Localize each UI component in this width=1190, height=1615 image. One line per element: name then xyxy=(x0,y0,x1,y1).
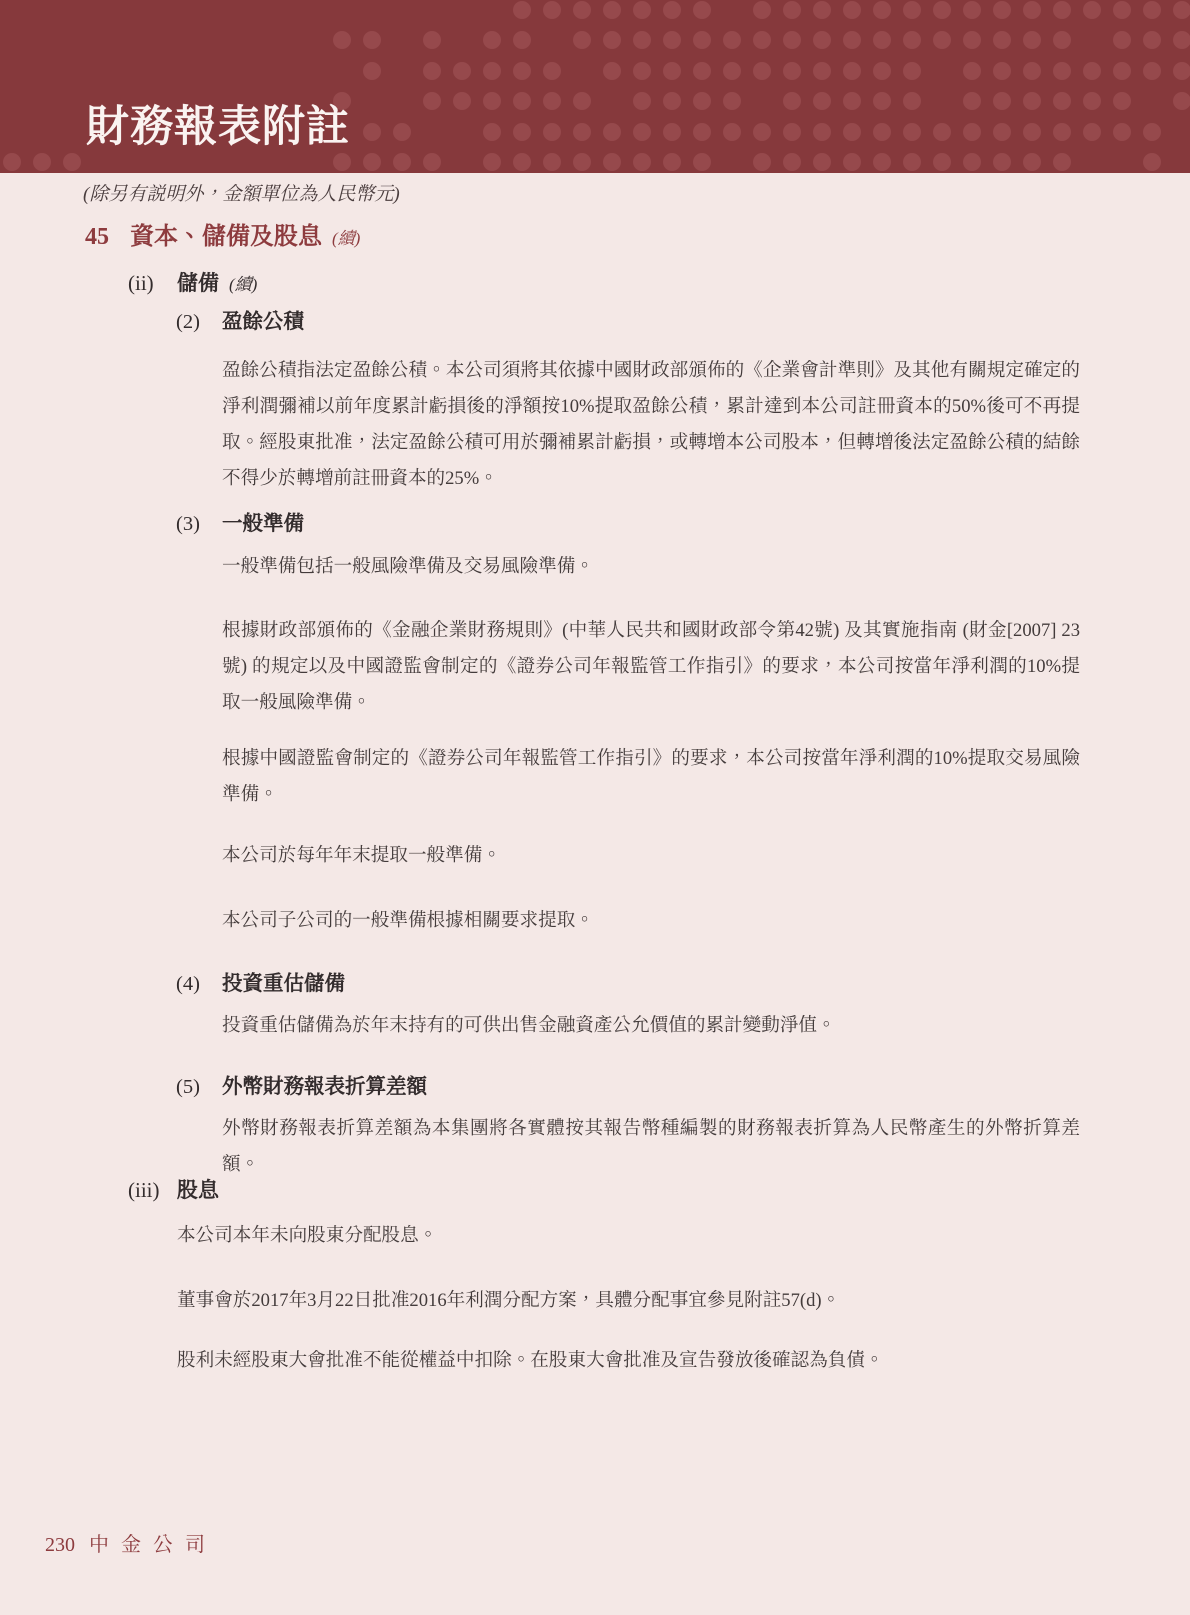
pattern-dot xyxy=(783,62,801,80)
pattern-dot xyxy=(663,92,681,110)
pattern-dot xyxy=(873,123,891,141)
pattern-dot xyxy=(633,1,651,19)
pattern-dot xyxy=(513,153,531,171)
pattern-dot xyxy=(933,123,951,141)
pattern-dot xyxy=(873,153,891,171)
subsection-label: (iii) xyxy=(128,1178,177,1202)
pattern-dot xyxy=(1143,1,1161,19)
pattern-dot xyxy=(813,1,831,19)
pattern-dot xyxy=(513,92,531,110)
subsection-label: (ii) xyxy=(128,271,177,295)
pattern-dot xyxy=(993,153,1011,171)
pattern-dot xyxy=(813,31,831,49)
pattern-dot xyxy=(1173,92,1190,110)
pattern-dot xyxy=(543,62,561,80)
paragraph: 本公司本年未向股東分配股息。 xyxy=(177,1218,1077,1254)
subsection-title: 股息 xyxy=(177,1178,219,1202)
paragraph: 一般準備包括一般風險準備及交易風險準備。 xyxy=(222,549,1080,585)
pattern-dot xyxy=(933,153,951,171)
pattern-dot xyxy=(663,31,681,49)
pattern-dot xyxy=(993,62,1011,80)
pattern-dot xyxy=(753,62,771,80)
pattern-dot xyxy=(813,62,831,80)
pattern-dot xyxy=(423,62,441,80)
pattern-dot xyxy=(693,153,711,171)
page-title: 財務報表附註 xyxy=(86,104,350,151)
pattern-dot xyxy=(1023,123,1041,141)
pattern-dot xyxy=(1053,1,1071,19)
pattern-dot xyxy=(993,1,1011,19)
pattern-dot xyxy=(873,62,891,80)
pattern-dot xyxy=(1053,123,1071,141)
pattern-dot xyxy=(723,62,741,80)
item-label: (3) xyxy=(176,513,222,537)
pattern-dot xyxy=(1053,31,1071,49)
pattern-dot xyxy=(1113,31,1131,49)
pattern-dot xyxy=(963,1,981,19)
pattern-dot xyxy=(1143,153,1161,171)
footer: 230中金公司 xyxy=(45,1528,217,1557)
pattern-dot xyxy=(1113,123,1131,141)
pattern-dot xyxy=(663,62,681,80)
item-3-heading: (3)一般準備 xyxy=(176,513,304,537)
pattern-dot xyxy=(963,62,981,80)
pattern-dot xyxy=(1173,62,1190,80)
pattern-dot xyxy=(843,123,861,141)
subsection-title: 儲備 xyxy=(177,271,219,295)
pattern-dot xyxy=(363,123,381,141)
pattern-dot xyxy=(543,123,561,141)
pattern-dot xyxy=(1053,62,1071,80)
pattern-dot xyxy=(723,92,741,110)
pattern-dot xyxy=(933,31,951,49)
pattern-dot xyxy=(783,153,801,171)
pattern-dot xyxy=(633,153,651,171)
subsection-ii-heading: (ii)儲備(續) xyxy=(128,271,257,295)
pattern-dot xyxy=(993,31,1011,49)
pattern-dot xyxy=(603,62,621,80)
pattern-dot xyxy=(993,92,1011,110)
pattern-dot xyxy=(843,62,861,80)
pattern-dot xyxy=(333,31,351,49)
pattern-dot xyxy=(63,153,81,171)
pattern-dot xyxy=(753,123,771,141)
pattern-dot xyxy=(363,62,381,80)
pattern-dot xyxy=(1083,92,1101,110)
pattern-dot xyxy=(903,1,921,19)
pattern-dot xyxy=(783,1,801,19)
pattern-dot xyxy=(663,123,681,141)
paragraph: 股利未經股東大會批准不能從權益中扣除。在股東大會批准及宣告發放後確認為負債。 xyxy=(177,1343,1077,1379)
pattern-dot xyxy=(963,31,981,49)
pattern-dot xyxy=(513,1,531,19)
item-4-heading: (4)投資重估儲備 xyxy=(176,973,345,997)
pattern-dot xyxy=(483,153,501,171)
pattern-dot xyxy=(843,31,861,49)
pattern-dot xyxy=(723,123,741,141)
section-heading: 45資本、儲備及股息(續) xyxy=(85,224,360,250)
pattern-dot xyxy=(843,1,861,19)
paragraph: 外幣財務報表折算差額為本集團將各實體按其報告幣種編製的財務報表折算為人民幣產生的… xyxy=(222,1111,1080,1183)
pattern-dot xyxy=(903,123,921,141)
pattern-dot xyxy=(3,153,21,171)
pattern-dot xyxy=(903,31,921,49)
pattern-dot xyxy=(603,31,621,49)
pattern-dot xyxy=(693,1,711,19)
pattern-dot xyxy=(483,31,501,49)
pattern-dot xyxy=(1143,31,1161,49)
paragraph: 投資重估儲備為於年末持有的可供出售金融資產公允價值的累計變動淨值。 xyxy=(222,1008,1080,1044)
page-root: 財務報表附註 (除另有説明外，金額單位為人民幣元) 45資本、儲備及股息(續) … xyxy=(0,0,1190,1615)
pattern-dot xyxy=(693,31,711,49)
company-name: 中金公司 xyxy=(89,1534,217,1556)
pattern-dot xyxy=(543,1,561,19)
pattern-dot xyxy=(1023,92,1041,110)
pattern-dot xyxy=(1023,62,1041,80)
pattern-dot xyxy=(453,62,471,80)
pattern-dot xyxy=(813,153,831,171)
pattern-dot xyxy=(873,31,891,49)
pattern-dot xyxy=(843,92,861,110)
pattern-dot xyxy=(1053,92,1071,110)
pattern-dot xyxy=(423,31,441,49)
pattern-dot xyxy=(483,62,501,80)
pattern-dot xyxy=(333,153,351,171)
pattern-dot xyxy=(903,62,921,80)
pattern-dot xyxy=(543,153,561,171)
paragraph: 盈餘公積指法定盈餘公積。本公司須將其依據中國財政部頒佈的《企業會計準則》及其他有… xyxy=(222,353,1080,497)
pattern-dot xyxy=(423,153,441,171)
pattern-dot xyxy=(363,153,381,171)
continued-label: (續) xyxy=(229,275,257,294)
pattern-dot xyxy=(513,123,531,141)
pattern-dot xyxy=(843,153,861,171)
amount-unit-note: (除另有説明外，金額單位為人民幣元) xyxy=(83,179,400,206)
pattern-dot xyxy=(513,31,531,49)
pattern-dot xyxy=(1113,92,1131,110)
pattern-dot xyxy=(633,92,651,110)
pattern-dot xyxy=(633,31,651,49)
pattern-dot xyxy=(873,92,891,110)
pattern-dot xyxy=(603,123,621,141)
pattern-dot xyxy=(573,92,591,110)
item-title: 外幣財務報表折算差額 xyxy=(222,1076,427,1098)
item-2-heading: (2)盈餘公積 xyxy=(176,311,304,335)
pattern-dot xyxy=(1083,62,1101,80)
pattern-dot xyxy=(1023,1,1041,19)
item-label: (4) xyxy=(176,973,222,997)
section-number: 45 xyxy=(85,224,130,250)
pattern-dot xyxy=(663,153,681,171)
item-label: (2) xyxy=(176,311,222,335)
pattern-dot xyxy=(873,1,891,19)
pattern-dot xyxy=(963,153,981,171)
pattern-dot xyxy=(633,123,651,141)
pattern-dot xyxy=(1173,1,1190,19)
paragraph: 本公司子公司的一般準備根據相關要求提取。 xyxy=(222,903,1080,939)
paragraph: 根據財政部頒佈的《金融企業財務規則》(中華人民共和國財政部令第42號) 及其實施… xyxy=(222,613,1080,721)
pattern-dot xyxy=(963,92,981,110)
pattern-dot xyxy=(33,153,51,171)
pattern-dot xyxy=(693,123,711,141)
pattern-dot xyxy=(903,153,921,171)
pattern-dot xyxy=(723,31,741,49)
pattern-dot xyxy=(933,1,951,19)
paragraph: 根據中國證監會制定的《證券公司年報監管工作指引》的要求，本公司按當年淨利潤的10… xyxy=(222,741,1080,813)
pattern-dot xyxy=(1023,153,1041,171)
item-label: (5) xyxy=(176,1076,222,1100)
pattern-dot xyxy=(393,123,411,141)
pattern-dot xyxy=(1173,31,1190,49)
pattern-dot xyxy=(603,1,621,19)
pattern-dot xyxy=(513,62,531,80)
pattern-dot xyxy=(573,31,591,49)
pattern-dot xyxy=(903,92,921,110)
paragraph: 董事會於2017年3月22日批准2016年利潤分配方案，具體分配事宜參見附註57… xyxy=(177,1283,1077,1319)
pattern-dot xyxy=(393,153,411,171)
paragraph: 本公司於每年年末提取一般準備。 xyxy=(222,838,1080,874)
pattern-dot xyxy=(603,153,621,171)
pattern-dot xyxy=(633,62,651,80)
pattern-dot xyxy=(1113,1,1131,19)
pattern-dot xyxy=(423,92,441,110)
pattern-dot xyxy=(483,123,501,141)
pattern-dot xyxy=(1083,123,1101,141)
pattern-dot xyxy=(753,31,771,49)
pattern-dot xyxy=(753,1,771,19)
pattern-dot xyxy=(543,92,561,110)
section-continued-label: (續) xyxy=(332,229,360,248)
pattern-dot xyxy=(663,1,681,19)
pattern-dot xyxy=(963,123,981,141)
item-5-heading: (5)外幣財務報表折算差額 xyxy=(176,1076,427,1100)
pattern-dot xyxy=(453,92,471,110)
item-title: 投資重估儲備 xyxy=(222,973,345,995)
pattern-dot xyxy=(783,31,801,49)
pattern-dot xyxy=(363,31,381,49)
pattern-dot xyxy=(573,1,591,19)
pattern-dot xyxy=(573,153,591,171)
header-band: 財務報表附註 xyxy=(0,0,1190,173)
pattern-dot xyxy=(1053,153,1071,171)
page-number: 230 xyxy=(45,1534,75,1556)
pattern-dot xyxy=(813,92,831,110)
item-title: 盈餘公積 xyxy=(222,311,304,333)
pattern-dot xyxy=(1083,1,1101,19)
pattern-dot xyxy=(483,92,501,110)
pattern-dot xyxy=(783,92,801,110)
pattern-dot xyxy=(813,123,831,141)
pattern-dot xyxy=(1143,62,1161,80)
pattern-dot xyxy=(693,92,711,110)
pattern-dot xyxy=(1143,123,1161,141)
item-title: 一般準備 xyxy=(222,513,304,535)
pattern-dot xyxy=(753,153,771,171)
subsection-iii-heading: (iii)股息 xyxy=(128,1178,219,1202)
pattern-dot xyxy=(573,123,591,141)
pattern-dot xyxy=(783,123,801,141)
pattern-dot xyxy=(693,62,711,80)
section-title: 資本、儲備及股息 xyxy=(130,224,322,250)
pattern-dot xyxy=(1023,31,1041,49)
pattern-dot xyxy=(993,123,1011,141)
pattern-dot xyxy=(1113,62,1131,80)
